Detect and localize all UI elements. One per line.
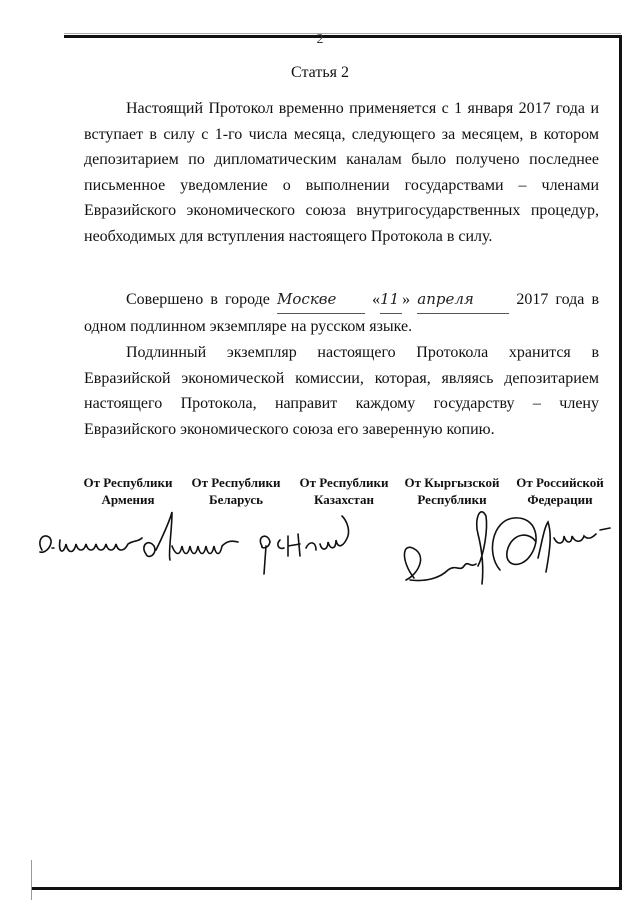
signatory-line1: От Кыргызской <box>398 474 506 491</box>
city-handwritten-field: Москве <box>277 287 365 314</box>
signatory-line1: От Республики <box>74 474 182 491</box>
frame-left-line <box>31 860 32 900</box>
signatory-line1: От Российской <box>506 474 614 491</box>
signature-kyrgyzstan <box>404 512 486 584</box>
paragraph-text: Настоящий Протокол временно применяется … <box>84 100 599 245</box>
signatory-russia: От РоссийскойФедерации <box>506 474 614 508</box>
signature-russia <box>492 518 610 572</box>
paragraph-text: Подлинный экземпляр настоящего Протокола… <box>84 344 599 438</box>
frame-bottom-line <box>31 887 622 890</box>
signatory-line1: От Республики <box>182 474 290 491</box>
signing-prefix: Совершено в городе <box>126 291 270 308</box>
signatory-belarus: От РеспубликиБеларусь <box>182 474 290 508</box>
signatory-line2: Армения <box>74 491 182 508</box>
page-number: 2 <box>0 32 640 48</box>
signatory-armenia: От РеспубликиАрмения <box>74 474 182 508</box>
day-handwritten-field: 11 <box>380 287 402 314</box>
frame-right-line <box>619 35 622 890</box>
article-title: Статья 2 <box>0 64 640 82</box>
paragraph-entry-into-force: Настоящий Протокол временно применяется … <box>84 96 599 249</box>
quote-open: « <box>372 291 380 308</box>
paragraph-signing-clause: Совершено в городе Москве «11» апреля 20… <box>84 287 599 339</box>
signatures-row <box>30 510 620 600</box>
signatory-line2: Беларусь <box>182 491 290 508</box>
signature-kazakhstan <box>260 516 348 574</box>
paragraph-depositary: Подлинный экземпляр настоящего Протокола… <box>84 340 599 442</box>
signing-year: 2017 года <box>516 291 584 308</box>
signatory-line2: Республики <box>398 491 506 508</box>
signature-armenia <box>40 536 142 552</box>
month-handwritten-field: апреля <box>417 287 509 314</box>
signature-belarus <box>144 512 238 560</box>
signatory-kazakhstan: От РеспубликиКазахстан <box>290 474 398 508</box>
signatory-line2: Федерации <box>506 491 614 508</box>
signatory-kyrgyzstan: От КыргызскойРеспублики <box>398 474 506 508</box>
signatory-line2: Казахстан <box>290 491 398 508</box>
quote-close: » <box>402 291 410 308</box>
signatory-line1: От Республики <box>290 474 398 491</box>
signatory-headers: От РеспубликиАрмения От РеспубликиБелару… <box>74 474 614 508</box>
